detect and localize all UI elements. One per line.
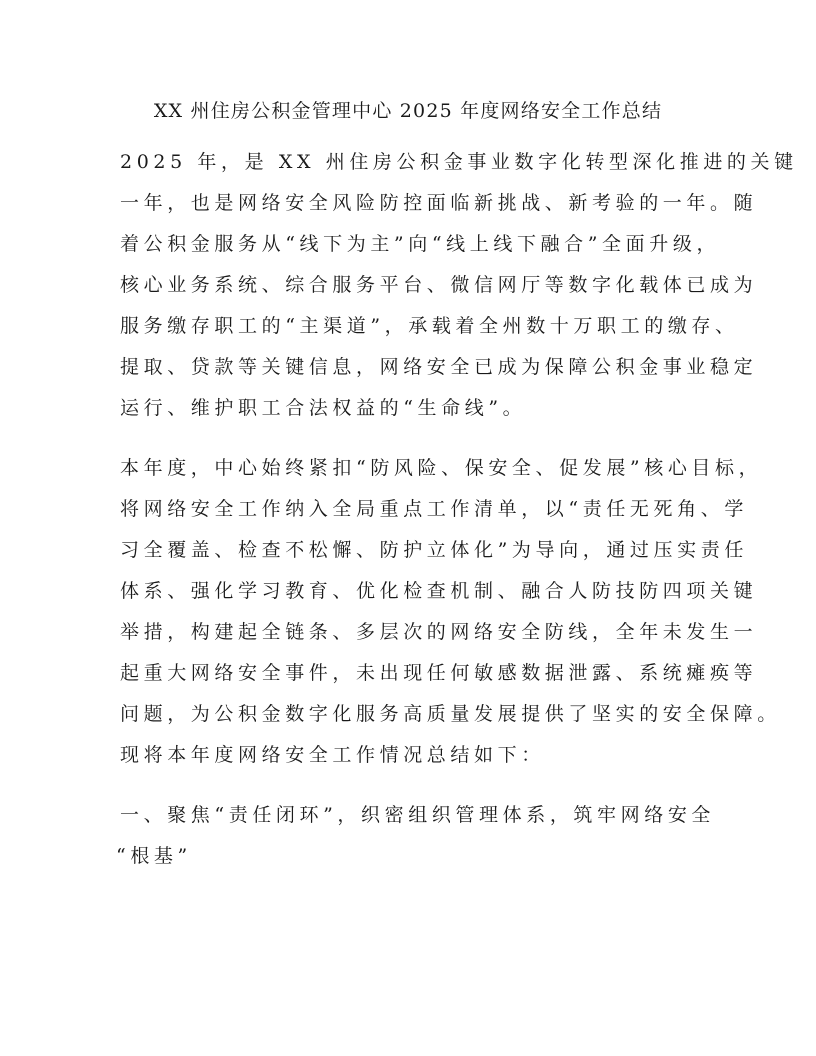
paragraph-line: 运行、维护职工合法权益的“生命线”。 xyxy=(120,394,526,422)
paragraph-line: 提取、贷款等关键信息，网络安全已成为保障公积金事业稳定 xyxy=(120,353,757,381)
paragraph-line: 本年度，中心始终紧扣“防风险、保安全、促发展”核心目标， xyxy=(120,454,762,482)
paragraph-line: 举措，构建起全链条、多层次的网络安全防线，全年未发生一 xyxy=(120,618,757,646)
section-heading-line: “根基” xyxy=(116,842,192,870)
paragraph-line: 体系、强化学习教育、优化检查机制、融合人防技防四项关键 xyxy=(120,577,757,605)
paragraph-line: 起重大网络安全事件，未出现任何敏感数据泄露、系统瘫痪等 xyxy=(120,659,757,687)
paragraph-line: 一年，也是网络安全风险防控面临新挑战、新考验的一年。随 xyxy=(120,189,757,217)
paragraph-line: 习全覆盖、检查不松懈、防护立体化”为导向，通过压实责任 xyxy=(120,536,748,564)
paragraph-line: 着公积金服务从“线下为主”向“线上线下融合”全面升级， xyxy=(120,230,720,258)
paragraph-line: 现将本年度网络安全工作情况总结如下： xyxy=(120,741,545,769)
paragraph-line: 核心业务系统、综合服务平台、微信网厅等数字化载体已成为 xyxy=(120,271,757,299)
paragraph-line: 问题，为公积金数字化服务高质量发展提供了坚实的安全保障。 xyxy=(120,700,781,728)
document-page: XX 州住房公积金管理中心 2025 年度网络安全工作总结 2025 年，是 X… xyxy=(0,0,816,1056)
paragraph-line: 将网络安全工作纳入全局重点工作清单，以“责任无死角、学 xyxy=(120,495,748,523)
document-title: XX 州住房公积金管理中心 2025 年度网络安全工作总结 xyxy=(0,97,816,125)
section-heading-line: 一、聚焦“责任闭环”，织密组织管理体系，筑牢网络安全 xyxy=(120,801,715,829)
paragraph-line: 服务缴存职工的“主渠道”，承载着全州数十万职工的缴存、 xyxy=(120,312,739,340)
paragraph-line: 2025 年，是 XX 州住房公积金事业数字化转型深化推进的关键 xyxy=(120,148,798,176)
